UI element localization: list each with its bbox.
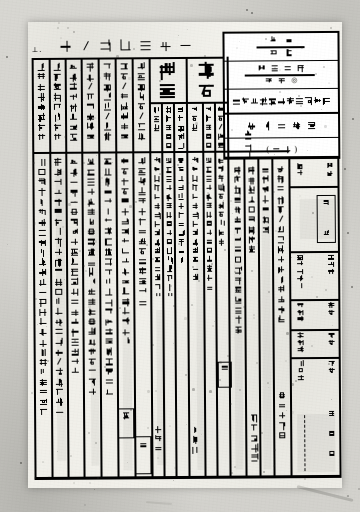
glyph <box>154 256 161 263</box>
column-header <box>101 62 115 148</box>
glyph <box>104 167 112 175</box>
glyph <box>296 170 303 177</box>
glyph <box>205 142 212 149</box>
boxed-note <box>218 362 232 388</box>
glyph <box>122 277 130 285</box>
glyph <box>105 297 113 305</box>
glyph <box>234 216 242 224</box>
glyph <box>234 316 242 324</box>
glyph <box>206 193 213 200</box>
glyph <box>54 198 62 206</box>
column-body <box>101 157 116 425</box>
glyph <box>39 368 47 376</box>
glyph <box>105 367 113 375</box>
glyph <box>69 63 77 71</box>
glyph <box>245 137 251 143</box>
glyph <box>122 337 130 345</box>
glyph <box>153 124 160 131</box>
glyph <box>70 178 78 186</box>
glyph <box>70 133 78 141</box>
glyph <box>261 175 269 183</box>
column-body <box>203 157 216 373</box>
glyph <box>304 97 312 105</box>
glyph <box>39 278 47 286</box>
header-row-number <box>224 33 337 61</box>
glyph <box>120 72 128 80</box>
glyph <box>190 436 198 444</box>
glyph <box>217 166 224 173</box>
glyph <box>233 176 241 184</box>
glyph <box>192 265 199 272</box>
glyph <box>87 123 95 131</box>
glyph <box>99 39 111 51</box>
column-body <box>245 165 258 283</box>
glyph <box>258 64 265 71</box>
column-body <box>84 158 99 456</box>
glyph <box>205 166 212 173</box>
glyph <box>105 307 113 315</box>
glyph <box>277 235 285 243</box>
glyph <box>87 218 95 226</box>
glyph <box>277 295 285 303</box>
glyph <box>234 226 242 234</box>
glyph <box>177 133 184 140</box>
glyph <box>205 184 212 191</box>
glyph <box>277 265 285 273</box>
glyph <box>105 287 113 295</box>
glyph <box>138 207 146 215</box>
glyph <box>206 256 213 263</box>
glyph <box>277 315 285 323</box>
glyph <box>139 277 147 285</box>
glyph <box>234 296 242 304</box>
glyph <box>103 102 111 110</box>
glyph <box>165 124 172 131</box>
header-row-number-line2 <box>225 46 338 60</box>
glyph <box>261 165 269 173</box>
glyph <box>248 215 256 223</box>
glyph <box>297 275 303 281</box>
glyph <box>165 142 172 149</box>
glyph <box>191 157 198 164</box>
glyph <box>121 187 129 195</box>
glyph <box>192 238 199 245</box>
glyph <box>154 220 161 227</box>
glyph <box>87 178 95 186</box>
glyph <box>55 288 63 296</box>
glyph <box>70 123 78 131</box>
glyph <box>105 267 113 275</box>
glyph <box>218 229 225 236</box>
glyph <box>298 346 304 352</box>
glyph <box>206 247 213 254</box>
glyph <box>278 431 286 439</box>
glyph <box>105 317 113 325</box>
glyph <box>205 124 212 131</box>
glyph <box>165 115 172 122</box>
glyph <box>248 235 256 243</box>
glyph <box>55 398 63 406</box>
glyph <box>154 434 162 442</box>
column-body <box>118 157 133 407</box>
glyph <box>166 274 173 281</box>
glyph <box>271 64 278 71</box>
glyph <box>218 238 225 245</box>
glyph <box>69 83 77 91</box>
glyph <box>88 338 96 346</box>
glyph <box>87 228 95 236</box>
glyph <box>297 309 303 315</box>
glyph <box>166 265 173 272</box>
glyph <box>154 265 161 272</box>
glyph <box>154 229 161 236</box>
glyph <box>277 305 285 313</box>
glyph <box>120 112 128 120</box>
glyph <box>206 238 213 245</box>
glyph <box>105 337 113 345</box>
column-footnote <box>276 391 288 461</box>
glyph <box>121 227 129 235</box>
glyph <box>38 198 46 206</box>
glyph <box>139 39 151 51</box>
glyph <box>166 292 173 299</box>
glyph <box>218 193 225 200</box>
glyph <box>245 130 251 136</box>
glyph <box>138 122 146 130</box>
glyph <box>87 188 95 196</box>
glyph <box>154 247 161 254</box>
column-header <box>151 106 162 150</box>
glyph <box>259 97 267 105</box>
header-row-location <box>225 88 338 113</box>
column-header <box>189 106 200 150</box>
glyph <box>105 327 113 335</box>
glyph <box>54 188 62 196</box>
glyph <box>250 443 258 451</box>
column-header <box>51 63 65 149</box>
glyph <box>278 77 285 84</box>
column-body <box>274 165 287 353</box>
glyph <box>248 245 256 253</box>
glyph <box>121 132 129 140</box>
glyph <box>54 133 62 141</box>
glyph <box>86 103 94 111</box>
glyph <box>70 218 78 226</box>
column-body <box>51 158 66 452</box>
glyph <box>326 162 333 169</box>
cell-label <box>328 302 334 315</box>
glyph <box>55 348 63 356</box>
glyph <box>297 268 303 274</box>
glyph <box>191 184 198 191</box>
glyph <box>86 93 94 101</box>
glyph <box>206 202 213 209</box>
glyph <box>55 298 63 306</box>
cell-value <box>297 302 303 322</box>
glyph <box>70 198 78 206</box>
glyph <box>217 142 224 149</box>
glyph <box>104 207 112 215</box>
glyph <box>105 347 113 355</box>
glyph <box>39 358 47 366</box>
header-info-box: ◎ () <box>222 31 340 160</box>
glyph <box>38 238 46 246</box>
glyph <box>69 93 77 101</box>
boxed-note <box>118 408 134 438</box>
glyph <box>206 229 213 236</box>
glyph <box>284 64 291 71</box>
glyph <box>178 202 185 209</box>
glyph <box>205 115 212 122</box>
glyph <box>120 62 128 70</box>
glyph <box>328 309 334 315</box>
glyph <box>39 388 47 396</box>
glyph <box>54 123 62 131</box>
table-horizontal-rule <box>291 357 340 359</box>
glyph <box>71 348 79 356</box>
glyph <box>121 207 129 215</box>
glyph <box>262 195 270 203</box>
glyph <box>217 157 224 164</box>
glyph <box>328 261 334 267</box>
glyph <box>79 40 91 52</box>
glyph <box>122 297 130 305</box>
cell-value <box>297 254 303 288</box>
glyph <box>38 208 46 216</box>
glyph <box>121 247 129 255</box>
glyph <box>103 72 111 80</box>
glyph <box>177 166 184 173</box>
glyph <box>277 121 286 130</box>
glyph <box>154 292 161 299</box>
glyph <box>138 177 146 185</box>
glyph <box>120 92 128 100</box>
glyph <box>205 133 212 140</box>
glyph <box>192 202 199 209</box>
glyph <box>218 211 225 218</box>
glyph <box>88 308 96 316</box>
column-body <box>231 166 244 334</box>
glyph <box>54 158 62 166</box>
glyph <box>234 266 242 274</box>
glyph <box>121 167 129 175</box>
glyph <box>328 254 334 260</box>
margin-annotation: ⊥. <box>32 47 42 54</box>
glyph <box>217 184 224 191</box>
glyph <box>166 247 173 254</box>
glyph <box>277 205 285 213</box>
glyph <box>153 106 160 113</box>
glyph <box>326 170 333 177</box>
glyph <box>217 133 224 140</box>
glyph <box>154 444 162 452</box>
glyph <box>233 166 241 174</box>
glyph <box>138 132 146 140</box>
glyph <box>88 328 96 336</box>
glyph <box>190 446 198 454</box>
scan-wash <box>297 414 335 472</box>
glyph <box>166 220 173 227</box>
glyph <box>218 202 225 209</box>
glyph <box>105 277 113 285</box>
glyph <box>192 229 199 236</box>
glyph <box>120 102 128 110</box>
glyph <box>250 97 258 105</box>
bottom-note <box>188 426 200 474</box>
glyph <box>277 225 285 233</box>
section-label-stone <box>190 61 223 101</box>
glyph <box>192 256 199 263</box>
glyph <box>137 102 145 110</box>
glyph <box>206 274 213 281</box>
glyph <box>137 112 145 120</box>
glyph <box>55 388 63 396</box>
glyph <box>270 49 277 56</box>
glyph <box>137 82 145 90</box>
glyph <box>37 113 45 121</box>
scan-wash <box>300 199 334 239</box>
glyph <box>177 106 184 113</box>
glyph <box>178 238 185 245</box>
glyph <box>278 391 286 399</box>
glyph <box>313 97 321 105</box>
cell-label <box>328 254 334 274</box>
glyph <box>328 302 334 308</box>
glyph <box>38 188 46 196</box>
glyph <box>192 211 199 218</box>
glyph <box>178 247 185 254</box>
glyph <box>55 368 63 376</box>
glyph <box>39 268 47 276</box>
cell-label <box>329 332 335 345</box>
glyph <box>103 82 111 90</box>
glyph <box>121 237 129 245</box>
column-header <box>203 106 214 150</box>
glyph <box>205 106 212 113</box>
glyph <box>105 377 113 385</box>
glyph <box>159 39 171 51</box>
glyph <box>154 193 161 200</box>
glyph <box>55 338 63 346</box>
glyph <box>278 411 286 419</box>
glyph <box>232 97 240 105</box>
glyph <box>262 185 270 193</box>
glyph <box>121 197 129 205</box>
glyph <box>70 158 78 166</box>
glyph <box>53 73 61 81</box>
glyph <box>86 83 94 91</box>
glyph <box>178 211 185 218</box>
column-header <box>84 63 98 149</box>
glyph <box>104 177 112 185</box>
glyph <box>103 62 111 70</box>
glyph <box>277 195 285 203</box>
glyph <box>56 408 64 416</box>
glyph <box>54 178 62 186</box>
glyph <box>88 318 96 326</box>
glyph <box>53 93 61 101</box>
glyph <box>53 113 61 121</box>
column-body <box>215 157 227 343</box>
glyph <box>86 113 94 121</box>
glyph <box>250 433 258 441</box>
glyph <box>297 282 303 288</box>
glyph <box>39 298 47 306</box>
glyph <box>178 220 185 227</box>
glyph <box>166 283 173 290</box>
cell-value <box>298 360 304 380</box>
glyph <box>179 39 191 51</box>
glyph <box>55 268 63 276</box>
glyph <box>276 165 284 173</box>
glyph <box>268 97 276 105</box>
glyph <box>71 268 79 276</box>
glyph <box>121 122 129 130</box>
glyph <box>122 411 130 419</box>
glyph <box>247 165 255 173</box>
glyph <box>234 326 242 334</box>
glyph <box>55 378 63 386</box>
section-label-signal <box>151 61 184 101</box>
column-body <box>35 158 50 464</box>
glyph <box>217 106 224 113</box>
glyph <box>137 62 145 70</box>
glyph <box>138 247 146 255</box>
boxed-note <box>135 436 151 474</box>
glyph <box>38 218 46 226</box>
header-underline <box>257 46 305 48</box>
column-body <box>151 157 164 403</box>
glyph <box>104 187 112 195</box>
glyph <box>54 208 62 216</box>
glyph <box>87 248 95 256</box>
glyph <box>38 168 46 176</box>
glyph <box>322 96 330 104</box>
glyph <box>71 288 79 296</box>
glyph <box>241 97 249 105</box>
glyph <box>122 327 130 335</box>
glyph <box>234 206 242 214</box>
glyph <box>277 185 285 193</box>
glyph <box>53 83 61 91</box>
glyph <box>297 316 303 322</box>
column-body <box>259 165 272 247</box>
glyph <box>88 348 96 356</box>
glyph <box>88 258 96 266</box>
glyph <box>153 184 160 191</box>
glyph <box>154 202 161 209</box>
glyph <box>277 255 285 263</box>
glyph <box>139 439 147 447</box>
glyph <box>87 238 95 246</box>
glyph <box>70 248 78 256</box>
glyph <box>70 228 78 236</box>
glyph <box>37 63 45 71</box>
glyph <box>277 285 285 293</box>
glyph <box>71 328 79 336</box>
glyph <box>40 408 48 416</box>
glyph <box>69 103 77 111</box>
glyph <box>166 238 173 245</box>
glyph <box>103 92 111 100</box>
glyph <box>71 318 79 326</box>
glyph <box>88 358 96 366</box>
glyph <box>218 220 225 227</box>
glyph <box>55 328 63 336</box>
glyph <box>262 205 270 213</box>
glyph <box>38 123 46 131</box>
glyph <box>39 328 47 336</box>
